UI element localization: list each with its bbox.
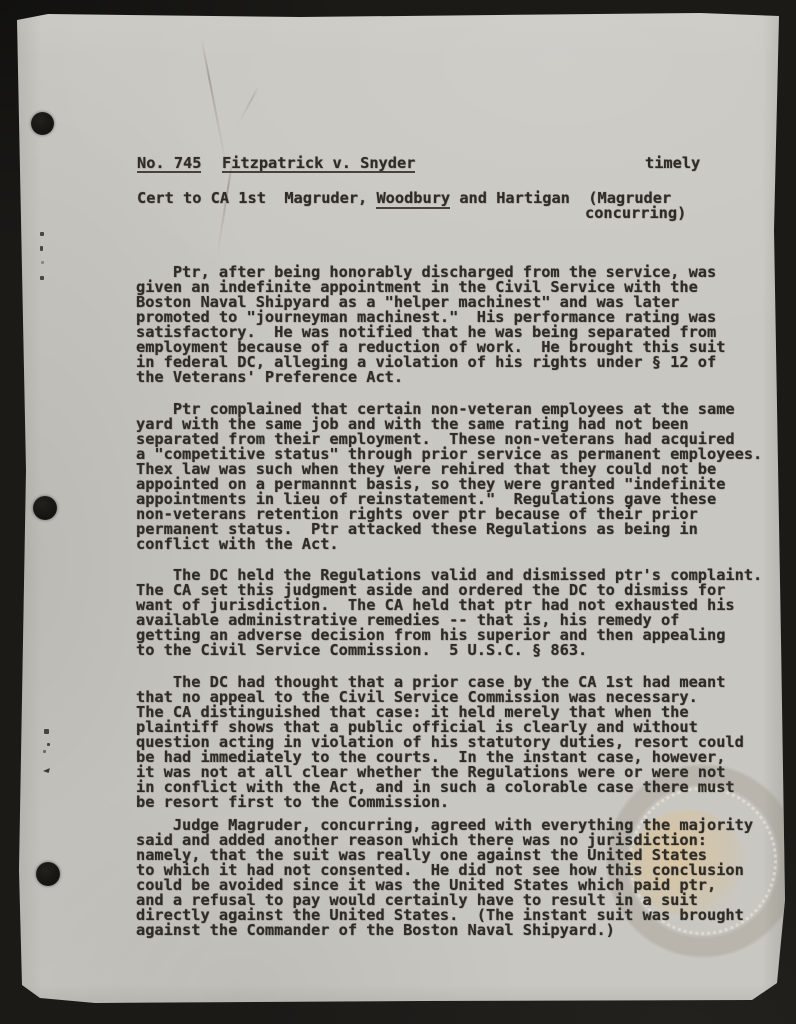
pencil-mark <box>40 246 43 251</box>
crease-mark <box>201 39 228 167</box>
hole-punch-middle <box>33 496 57 520</box>
cert-line-judge-woodbury: Woodbury <box>376 189 450 209</box>
pencil-mark <box>47 743 50 746</box>
photo-background: No. 745 Fitzpatrick v. Snyder timely Cer… <box>0 0 796 1024</box>
pencil-mark <box>41 261 44 264</box>
timeliness-note: timely <box>645 156 700 171</box>
document-page: No. 745 Fitzpatrick v. Snyder timely Cer… <box>0 0 796 1024</box>
paragraph-4: The DC had thought that a prior case by … <box>136 675 744 810</box>
hole-punch-bottom <box>36 862 60 886</box>
pencil-mark <box>43 768 50 773</box>
crease-mark <box>237 86 259 126</box>
paragraph-3: The DC held the Regulations valid and di… <box>136 568 762 658</box>
cert-line-prefix: Cert to CA 1st Magruder, <box>137 189 376 207</box>
paragraph-1: Ptr, after being honorably discharged fr… <box>136 265 725 385</box>
paragraph-2: Ptr complained that certain non-veteran … <box>136 402 762 552</box>
pencil-mark <box>40 232 44 236</box>
hole-punch-top <box>31 112 54 135</box>
pencil-mark <box>43 750 46 753</box>
case-number: No. 745 <box>137 156 201 173</box>
case-title: Fitzpatrick v. Snyder <box>222 156 415 173</box>
paragraph-5: Judge Magruder, concurring, agreed with … <box>136 818 753 938</box>
pencil-mark <box>40 276 44 280</box>
pencil-mark <box>44 729 49 734</box>
cert-line-continuation: concurring) <box>585 206 686 221</box>
